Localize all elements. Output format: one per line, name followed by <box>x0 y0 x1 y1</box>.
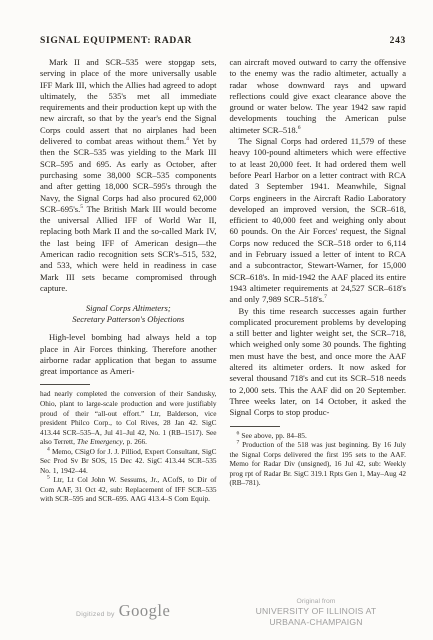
body-paragraph: Mark II and SCR–535 were stopgap sets, s… <box>40 57 217 294</box>
scanned-book-page: SIGNAL EQUIPMENT: RADAR 243 Mark II and … <box>0 0 433 640</box>
right-column: can aircraft moved outward to carry the … <box>230 57 407 504</box>
footnote-5: 5 Ltr, Lt Col John W. Sessums, Jr., ACof… <box>40 475 217 504</box>
original-from-label: Original from <box>237 598 395 605</box>
left-column: Mark II and SCR–535 were stopgap sets, s… <box>40 57 217 504</box>
body-paragraph: can aircraft moved outward to carry the … <box>230 57 407 136</box>
footnote-text: Ltr, Lt Col John W. Sessums, Jr., ACofS,… <box>40 475 217 503</box>
page-number: 243 <box>390 36 406 46</box>
footnote-text: , p. 266. <box>123 437 147 446</box>
body-paragraph: By this time research successes again fu… <box>230 306 407 419</box>
paragraph-text: Yet by then the SCR–535 was yielding to … <box>40 136 217 214</box>
footnote-6: 6 See above, pp. 84–85. <box>230 431 407 441</box>
paragraph-text: can aircraft moved outward to carry the … <box>230 57 407 135</box>
section-heading-line2: Secretary Patterson's Objections <box>40 314 217 325</box>
footnote-text: Production of the 518 was just beginning… <box>230 440 407 487</box>
footnote-rule <box>230 426 280 427</box>
page-content: SIGNAL EQUIPMENT: RADAR 243 Mark II and … <box>40 36 406 504</box>
running-head: SIGNAL EQUIPMENT: RADAR 243 <box>40 36 406 46</box>
digitized-by-label: Digitized by <box>76 611 115 618</box>
google-logo: Google <box>119 601 171 621</box>
footnote-rule <box>40 384 90 385</box>
body-paragraph: The Signal Corps had ordered 11,579 of t… <box>230 136 407 305</box>
section-heading: Signal Corps Altimeters; Secretary Patte… <box>40 303 217 325</box>
paragraph-text: The British Mark III would become the un… <box>40 204 217 293</box>
body-paragraph: High-level bombing had always held a top… <box>40 332 217 377</box>
university-name-line1: UNIVERSITY OF ILLINOIS AT <box>237 606 395 617</box>
footnote-4: 4 Memo, CSigO for J. J. Pilliod, Expert … <box>40 447 217 476</box>
footnote-ref-7: 7 <box>324 294 327 300</box>
original-from-attribution: Original from UNIVERSITY OF ILLINOIS AT … <box>237 598 395 628</box>
paragraph-text: The Signal Corps had ordered 11,579 of t… <box>230 136 407 304</box>
footnote-continuation: had nearly completed the conversion of t… <box>40 389 217 446</box>
chapter-title: SIGNAL EQUIPMENT: RADAR <box>40 36 192 46</box>
footnote-text: See above, pp. 84–85. <box>239 431 306 440</box>
two-column-text: Mark II and SCR–535 were stopgap sets, s… <box>40 57 406 504</box>
footnote-italic-title: The Emergency <box>77 437 123 446</box>
footnote-text: Memo, CSigO for J. J. Pilliod, Expert Co… <box>40 447 217 475</box>
section-heading-line1: Signal Corps Altimeters; <box>40 303 217 314</box>
footnote-ref-6: 6 <box>298 125 301 131</box>
footnote-7: 7 Production of the 518 was just beginni… <box>230 440 407 488</box>
university-name-line2: URBANA-CHAMPAIGN <box>237 617 395 628</box>
paragraph-text: Mark II and SCR–535 were stopgap sets, s… <box>40 57 217 146</box>
digitized-by-google: Digitized by Google <box>76 601 170 621</box>
